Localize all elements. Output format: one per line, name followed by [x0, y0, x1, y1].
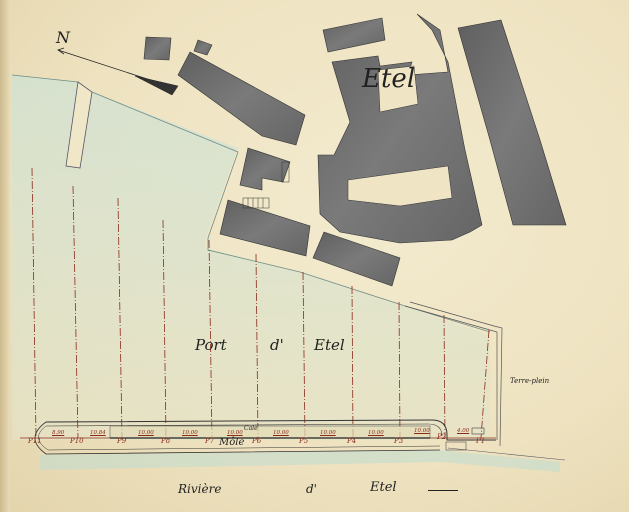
profile-label: P2: [437, 433, 446, 441]
measurement-label: 10.00: [273, 430, 289, 436]
profile-label: P3: [394, 437, 403, 445]
profile-label: P10: [70, 437, 84, 445]
measurement-label: 8.90: [52, 430, 64, 436]
measurement-label: 4.00: [457, 428, 469, 434]
measurement-label: 10.00: [320, 430, 336, 436]
profile-label: P6: [252, 437, 261, 445]
measurement-label: 10.00: [227, 430, 243, 436]
harbor-label-3: Etel: [314, 336, 345, 354]
profile-label: P7: [205, 437, 214, 445]
river-label-1: Rivière: [178, 482, 221, 496]
measurement-label: 10.00: [368, 430, 384, 436]
measurement-label: 10.84: [90, 430, 106, 436]
profile-label: P8: [161, 437, 170, 445]
profile-label: P5: [299, 437, 308, 445]
measurement-label: 10.00: [414, 428, 430, 434]
measurement-label: 10.00: [138, 430, 154, 436]
profile-label: P11: [28, 437, 42, 445]
measurement-label: 10.00: [182, 430, 198, 436]
terre-plein-label: Terre-plein: [510, 377, 549, 385]
harbor-plan-map: N Etel Port d' Etel Rivière d' Etel Môle…: [0, 0, 629, 512]
river-flow-arrow-icon: [428, 490, 458, 491]
profile-label: P4: [347, 437, 356, 445]
harbor-label-2: d': [270, 336, 284, 354]
north-label: N: [56, 28, 70, 47]
mole-label: Môle: [219, 437, 244, 448]
town-label: Etel: [362, 64, 415, 94]
river-label-2: d': [306, 482, 317, 496]
river-label-3: Etel: [370, 480, 397, 495]
cale-label: Cale: [244, 425, 258, 432]
harbor-label-1: Port: [195, 336, 227, 354]
profile-label: P1: [476, 437, 485, 445]
profile-label: P9: [117, 437, 126, 445]
